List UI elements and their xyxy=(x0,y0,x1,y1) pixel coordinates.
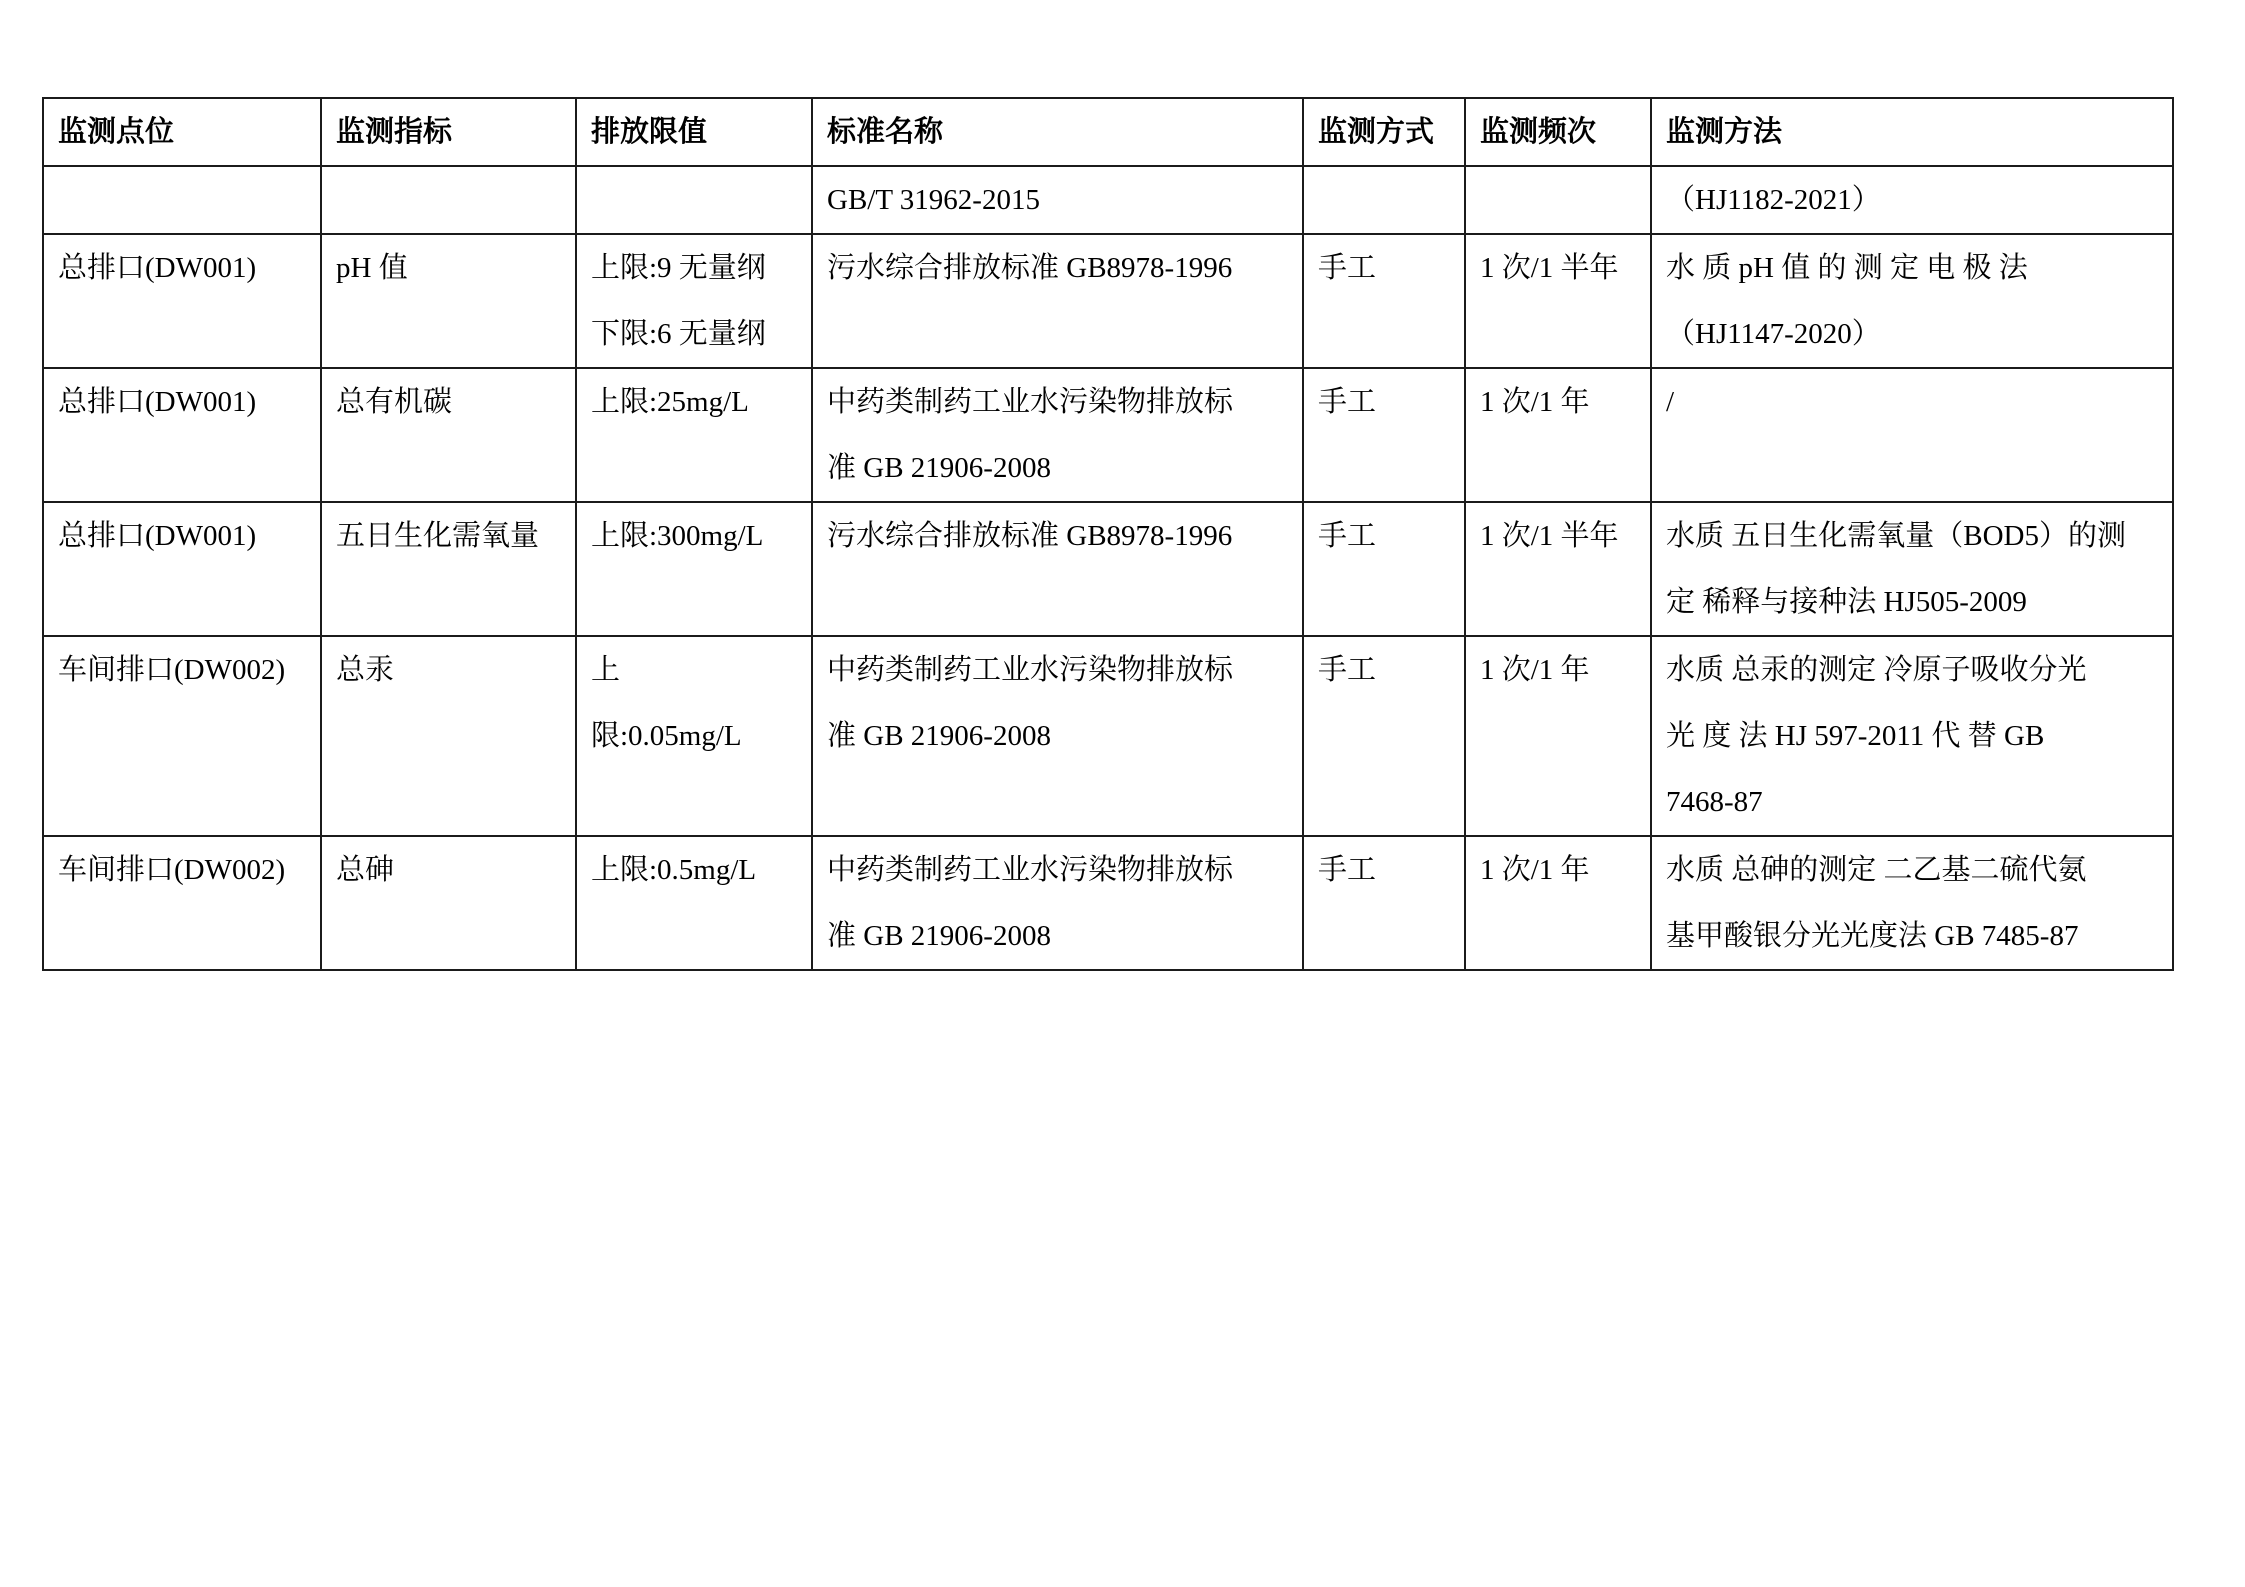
cell-indicator: 总有机碳 xyxy=(321,368,576,502)
cell-monitoring-point: 总排口(DW001) xyxy=(43,368,321,502)
cell-monitoring-mode: 手工 xyxy=(1303,636,1465,836)
cell-monitoring-method: / xyxy=(1651,368,2173,502)
cell-monitoring-point xyxy=(43,166,321,234)
cell-standard-name: 中药类制药工业水污染物排放标 准 GB 21906-2008 xyxy=(812,636,1303,836)
header-cell-monitoring-frequency: 监测频次 xyxy=(1465,98,1651,166)
cell-monitoring-method: 水 质 pH 值 的 测 定 电 极 法 （HJ1147-2020） xyxy=(1651,234,2173,368)
cell-monitoring-method: 水质 总砷的测定 二乙基二硫代氨 基甲酸银分光光度法 GB 7485-87 xyxy=(1651,836,2173,970)
table-row-continuation: GB/T 31962-2015 （HJ1182-2021） xyxy=(43,166,2173,234)
cell-indicator: 总砷 xyxy=(321,836,576,970)
cell-monitoring-mode: 手工 xyxy=(1303,234,1465,368)
cell-monitoring-point: 车间排口(DW002) xyxy=(43,636,321,836)
header-cell-monitoring-mode: 监测方式 xyxy=(1303,98,1465,166)
cell-monitoring-frequency xyxy=(1465,166,1651,234)
cell-indicator: 总汞 xyxy=(321,636,576,836)
header-cell-indicator: 监测指标 xyxy=(321,98,576,166)
cell-emission-limit: 上限:9 无量纲 下限:6 无量纲 xyxy=(576,234,812,368)
cell-monitoring-method: 水质 总汞的测定 冷原子吸收分光 光 度 法 HJ 597-2011 代 替 G… xyxy=(1651,636,2173,836)
cell-standard-name: 污水综合排放标准 GB8978-1996 xyxy=(812,502,1303,636)
table-row-mercury: 车间排口(DW002) 总汞 上 限:0.05mg/L 中药类制药工业水污染物排… xyxy=(43,636,2173,836)
cell-monitoring-mode: 手工 xyxy=(1303,502,1465,636)
cell-monitoring-frequency: 1 次/1 年 xyxy=(1465,836,1651,970)
cell-monitoring-mode: 手工 xyxy=(1303,368,1465,502)
table-row-toc: 总排口(DW001) 总有机碳 上限:25mg/L 中药类制药工业水污染物排放标… xyxy=(43,368,2173,502)
header-cell-monitoring-point: 监测点位 xyxy=(43,98,321,166)
cell-monitoring-frequency: 1 次/1 半年 xyxy=(1465,234,1651,368)
table-row-arsenic: 车间排口(DW002) 总砷 上限:0.5mg/L 中药类制药工业水污染物排放标… xyxy=(43,836,2173,970)
cell-monitoring-point: 总排口(DW001) xyxy=(43,234,321,368)
cell-monitoring-point: 总排口(DW001) xyxy=(43,502,321,636)
cell-monitoring-frequency: 1 次/1 半年 xyxy=(1465,502,1651,636)
cell-monitoring-mode: 手工 xyxy=(1303,836,1465,970)
cell-monitoring-frequency: 1 次/1 年 xyxy=(1465,636,1651,836)
cell-monitoring-point: 车间排口(DW002) xyxy=(43,836,321,970)
cell-emission-limit: 上限:25mg/L xyxy=(576,368,812,502)
cell-monitoring-frequency: 1 次/1 年 xyxy=(1465,368,1651,502)
table-row-ph: 总排口(DW001) pH 值 上限:9 无量纲 下限:6 无量纲 污水综合排放… xyxy=(43,234,2173,368)
header-cell-emission-limit: 排放限值 xyxy=(576,98,812,166)
cell-standard-name: 污水综合排放标准 GB8978-1996 xyxy=(812,234,1303,368)
cell-emission-limit: 上限:300mg/L xyxy=(576,502,812,636)
table-header-row: 监测点位 监测指标 排放限值 标准名称 监测方式 监测频次 监测方法 xyxy=(43,98,2173,166)
table-row-bod: 总排口(DW001) 五日生化需氧量 上限:300mg/L 污水综合排放标准 G… xyxy=(43,502,2173,636)
cell-standard-name: 中药类制药工业水污染物排放标 准 GB 21906-2008 xyxy=(812,368,1303,502)
cell-emission-limit: 上 限:0.05mg/L xyxy=(576,636,812,836)
cell-standard-name: GB/T 31962-2015 xyxy=(812,166,1303,234)
cell-indicator: pH 值 xyxy=(321,234,576,368)
cell-indicator xyxy=(321,166,576,234)
cell-monitoring-mode xyxy=(1303,166,1465,234)
monitoring-table: 监测点位 监测指标 排放限值 标准名称 监测方式 监测频次 监测方法 GB/T … xyxy=(42,97,2174,971)
cell-monitoring-method: 水质 五日生化需氧量（BOD5）的测 定 稀释与接种法 HJ505-2009 xyxy=(1651,502,2173,636)
cell-emission-limit: 上限:0.5mg/L xyxy=(576,836,812,970)
header-cell-monitoring-method: 监测方法 xyxy=(1651,98,2173,166)
cell-monitoring-method: （HJ1182-2021） xyxy=(1651,166,2173,234)
cell-indicator: 五日生化需氧量 xyxy=(321,502,576,636)
header-cell-standard-name: 标准名称 xyxy=(812,98,1303,166)
cell-emission-limit xyxy=(576,166,812,234)
document-page: 监测点位 监测指标 排放限值 标准名称 监测方式 监测频次 监测方法 GB/T … xyxy=(0,0,2245,1587)
cell-standard-name: 中药类制药工业水污染物排放标 准 GB 21906-2008 xyxy=(812,836,1303,970)
